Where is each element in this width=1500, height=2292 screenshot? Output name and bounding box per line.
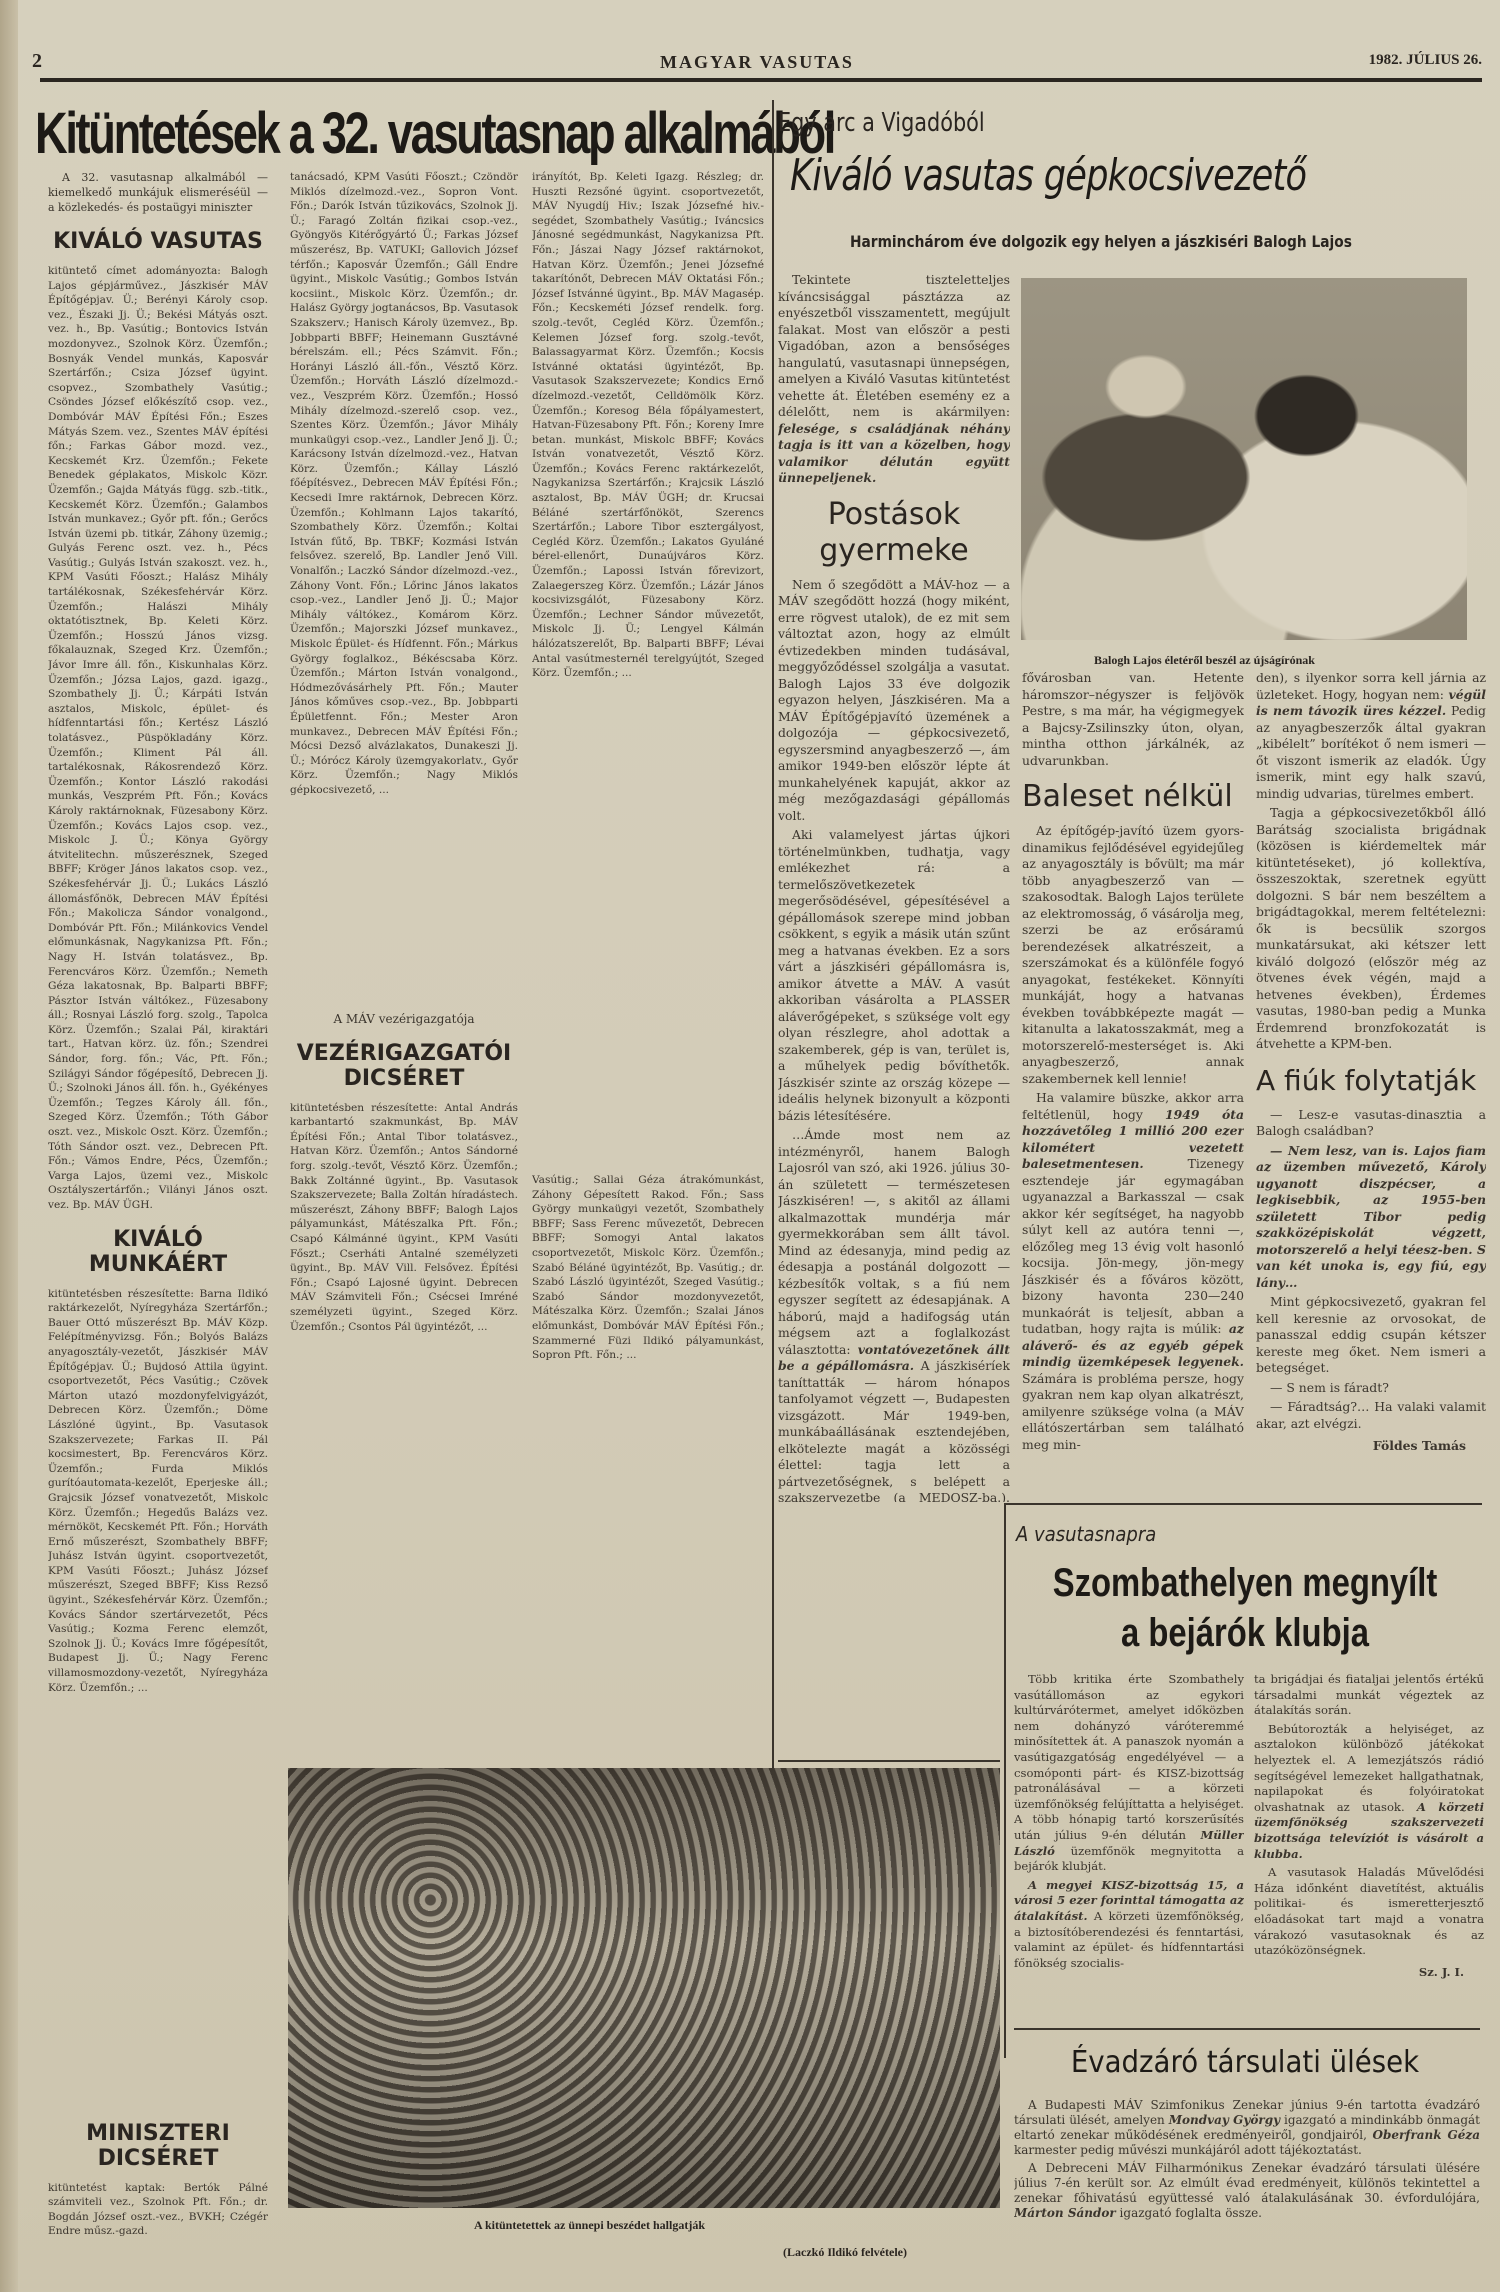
szombathely-column-a: Több kritika érte Szombathely vasútállom… [1014,1672,1244,2012]
main-headline: Kitüntetések a 32. vasutasnap alkalmából [35,100,608,168]
box-left-rule [1004,1503,1006,2058]
paragraph: Tekintete tiszteletteljes kíváncsisággal… [778,272,1010,419]
subheading-baleset: Baleset nélkül [1022,779,1244,815]
paragraph: Tizenegy esztendeje jár egymagában ugyan… [1022,1156,1244,1336]
italic-dialogue: — Nem lesz, van is. Lajos fiam az üzembe… [1256,1143,1486,1290]
col3-list: irányítót, Bp. Keleti Igazg. Részleg; dr… [532,170,764,1170]
paragraph: Számára is probléma persze, hogy gyakran… [1022,1371,1244,1452]
section-title-vezerigazgatoi: VEZÉRIGAZGATÓI DICSÉRET [290,1041,518,1091]
paragraph: Tagja a gépkocsivezetőkből álló Barátság… [1256,805,1486,1053]
dialogue-line: — S nem is fáradt? [1256,1380,1486,1397]
vezerig-lead: A MÁV vezérigazgatója [290,1012,518,1027]
honors-column-3: irányítót, Bp. Keleti Igazg. Részleg; dr… [532,170,764,1760]
section-title-kivalo-vasutas: KIVÁLÓ VASUTAS [48,229,268,254]
article-column-b: fővárosban van. Hetente háromszor–négysz… [1022,670,1244,1495]
article-headline: Kiváló vasutas gépkocsivezető [790,150,1306,201]
box-headline: Szombathelyen megnyílt a bejárók klubja [1052,1558,1437,1658]
paragraph: Több kritika érte Szombathely vasútállom… [1014,1672,1244,1842]
intro-text: A 32. vasutasnap alkalmából — kiemelkedő… [48,170,268,215]
photo-balogh-interview [1021,278,1467,640]
kivalo-munkaert-list: kitüntetésben részesítette: Barna Ildikó… [48,1287,268,2107]
kivalo-vasutas-list: kitüntető címet adományozta: Balogh Lajo… [48,264,268,1213]
paragraph: Mint gépkocsivezető, gyakran fel kell ke… [1256,1294,1486,1377]
honors-column-2: tanácsadó, KPM Vasúti Főoszt.; Czöndör M… [290,170,518,1760]
evadzaro-headline: Évadzáró társulati ülések [1029,2045,1461,2080]
box-kicker: A vasutasnapra [1016,1522,1156,1546]
bottom-photo-caption: A kitüntetettek az ünnepi beszédet hallg… [474,2218,705,2233]
paragraph: Nem ő szegődött a MÁV-hoz — a MÁV szegőd… [778,577,1010,825]
paragraph: A vasutasok Haladás Művelődési Háza időn… [1254,1865,1484,1959]
divider [778,1760,1000,1762]
column-divider [772,100,774,1768]
section-title-kivalo-munkaert: KIVÁLÓ MUNKÁÉRT [48,1227,268,1277]
italic-text: felesége, s családjának néhány tagja is … [778,421,1010,486]
subheading-postasok: Postások gyermeke [778,497,1010,569]
subheading-fiuk: A fiúk folytatják [1256,1063,1486,1099]
paragraph: Aki valamelyest jártas újkori történelmü… [778,827,1010,1124]
paragraph: fővárosban van. Hetente háromszor–négysz… [1022,670,1244,769]
page-binding-edge [0,0,18,2292]
headline-line-2: a bejárók klubja [1052,1608,1437,1658]
paragraph: Az építőgép-javító üzem gyors-dinamikus … [1022,823,1244,1087]
headline-line-1: Szombathelyen megnyílt [1052,1558,1437,1608]
article-column-c: den), s ilyenkor sorra kell járnia az üz… [1256,670,1486,1495]
masthead-rule [40,78,1482,82]
author-byline: Sz. J. I. [1254,1965,1484,1981]
box-top-rule [1004,1503,1482,1505]
photo-credit: (Laczkó Ildikó felvétele) [783,2245,907,2260]
paragraph: karmester pedig művészi munkájáról adott… [1014,2143,1362,2157]
col3-list-cont: Vasútig.; Sallai Géza átrakómunkást, Záh… [532,1173,764,1363]
paper-name: MAGYAR VASUTAS [32,52,1482,73]
photo-caption: Balogh Lajos életéről beszél az újságíró… [1094,653,1315,668]
honors-column-1: A 32. vasutasnap alkalmából — kiemelkedő… [48,170,268,2290]
col2-list: tanácsadó, KPM Vasúti Főoszt.; Czöndör M… [290,170,518,1000]
italic-name: Márton Sándor [1014,2206,1116,2220]
vezerig-list: kitüntetésben részesítette: Antal András… [290,1101,518,1335]
miniszteri-list: kitüntetést kaptak: Bertók Pálné számvit… [48,2181,268,2239]
paragraph: igazgató foglalta össze. [1120,2206,1262,2220]
issue-date: 1982. JÚLIUS 26. [1369,52,1482,69]
masthead: 2 MAGYAR VASUTAS 1982. JÚLIUS 26. [32,46,1482,76]
author-byline: Földes Tamás [1256,1438,1486,1455]
szombathely-column-b: ta brigádjai és fiataljai jelentős érték… [1254,1672,1484,2012]
article-subhead: Harminchárom éve dolgozik egy helyen a j… [850,232,1352,251]
paragraph: …Ámde most nem az intézményről, hanem Ba… [778,1127,1010,1357]
dialogue-line: — Fáradtság?… Ha valaki valamit akar, az… [1256,1399,1486,1432]
photo-award-ceremony-audience [288,1768,1000,2208]
article-kicker: Egy arc a Vigadóból [778,108,985,138]
divider [1014,2028,1480,2030]
paragraph: ta brigádjai és fiataljai jelentős érték… [1254,1672,1484,1719]
paragraph: A jászkiséríek taníttatták — három hónap… [778,1358,1010,1502]
article-column-a: Tekintete tiszteletteljes kíváncsisággal… [778,272,1010,1502]
dialogue-line: — Lesz-e vasutas-dinasztia a Balogh csal… [1256,1107,1486,1140]
evadzaro-body: A Budapesti MÁV Szimfonikus Zenekar júni… [1014,2098,1480,2278]
section-title-miniszteri: MINISZTERI DICSÉRET [48,2121,268,2171]
italic-name: Mondvay György [1169,2113,1280,2127]
italic-name: Oberfrank Géza [1372,2128,1480,2142]
paragraph: A Debreceni MÁV Filharmónikus Zenekar év… [1014,2161,1480,2205]
